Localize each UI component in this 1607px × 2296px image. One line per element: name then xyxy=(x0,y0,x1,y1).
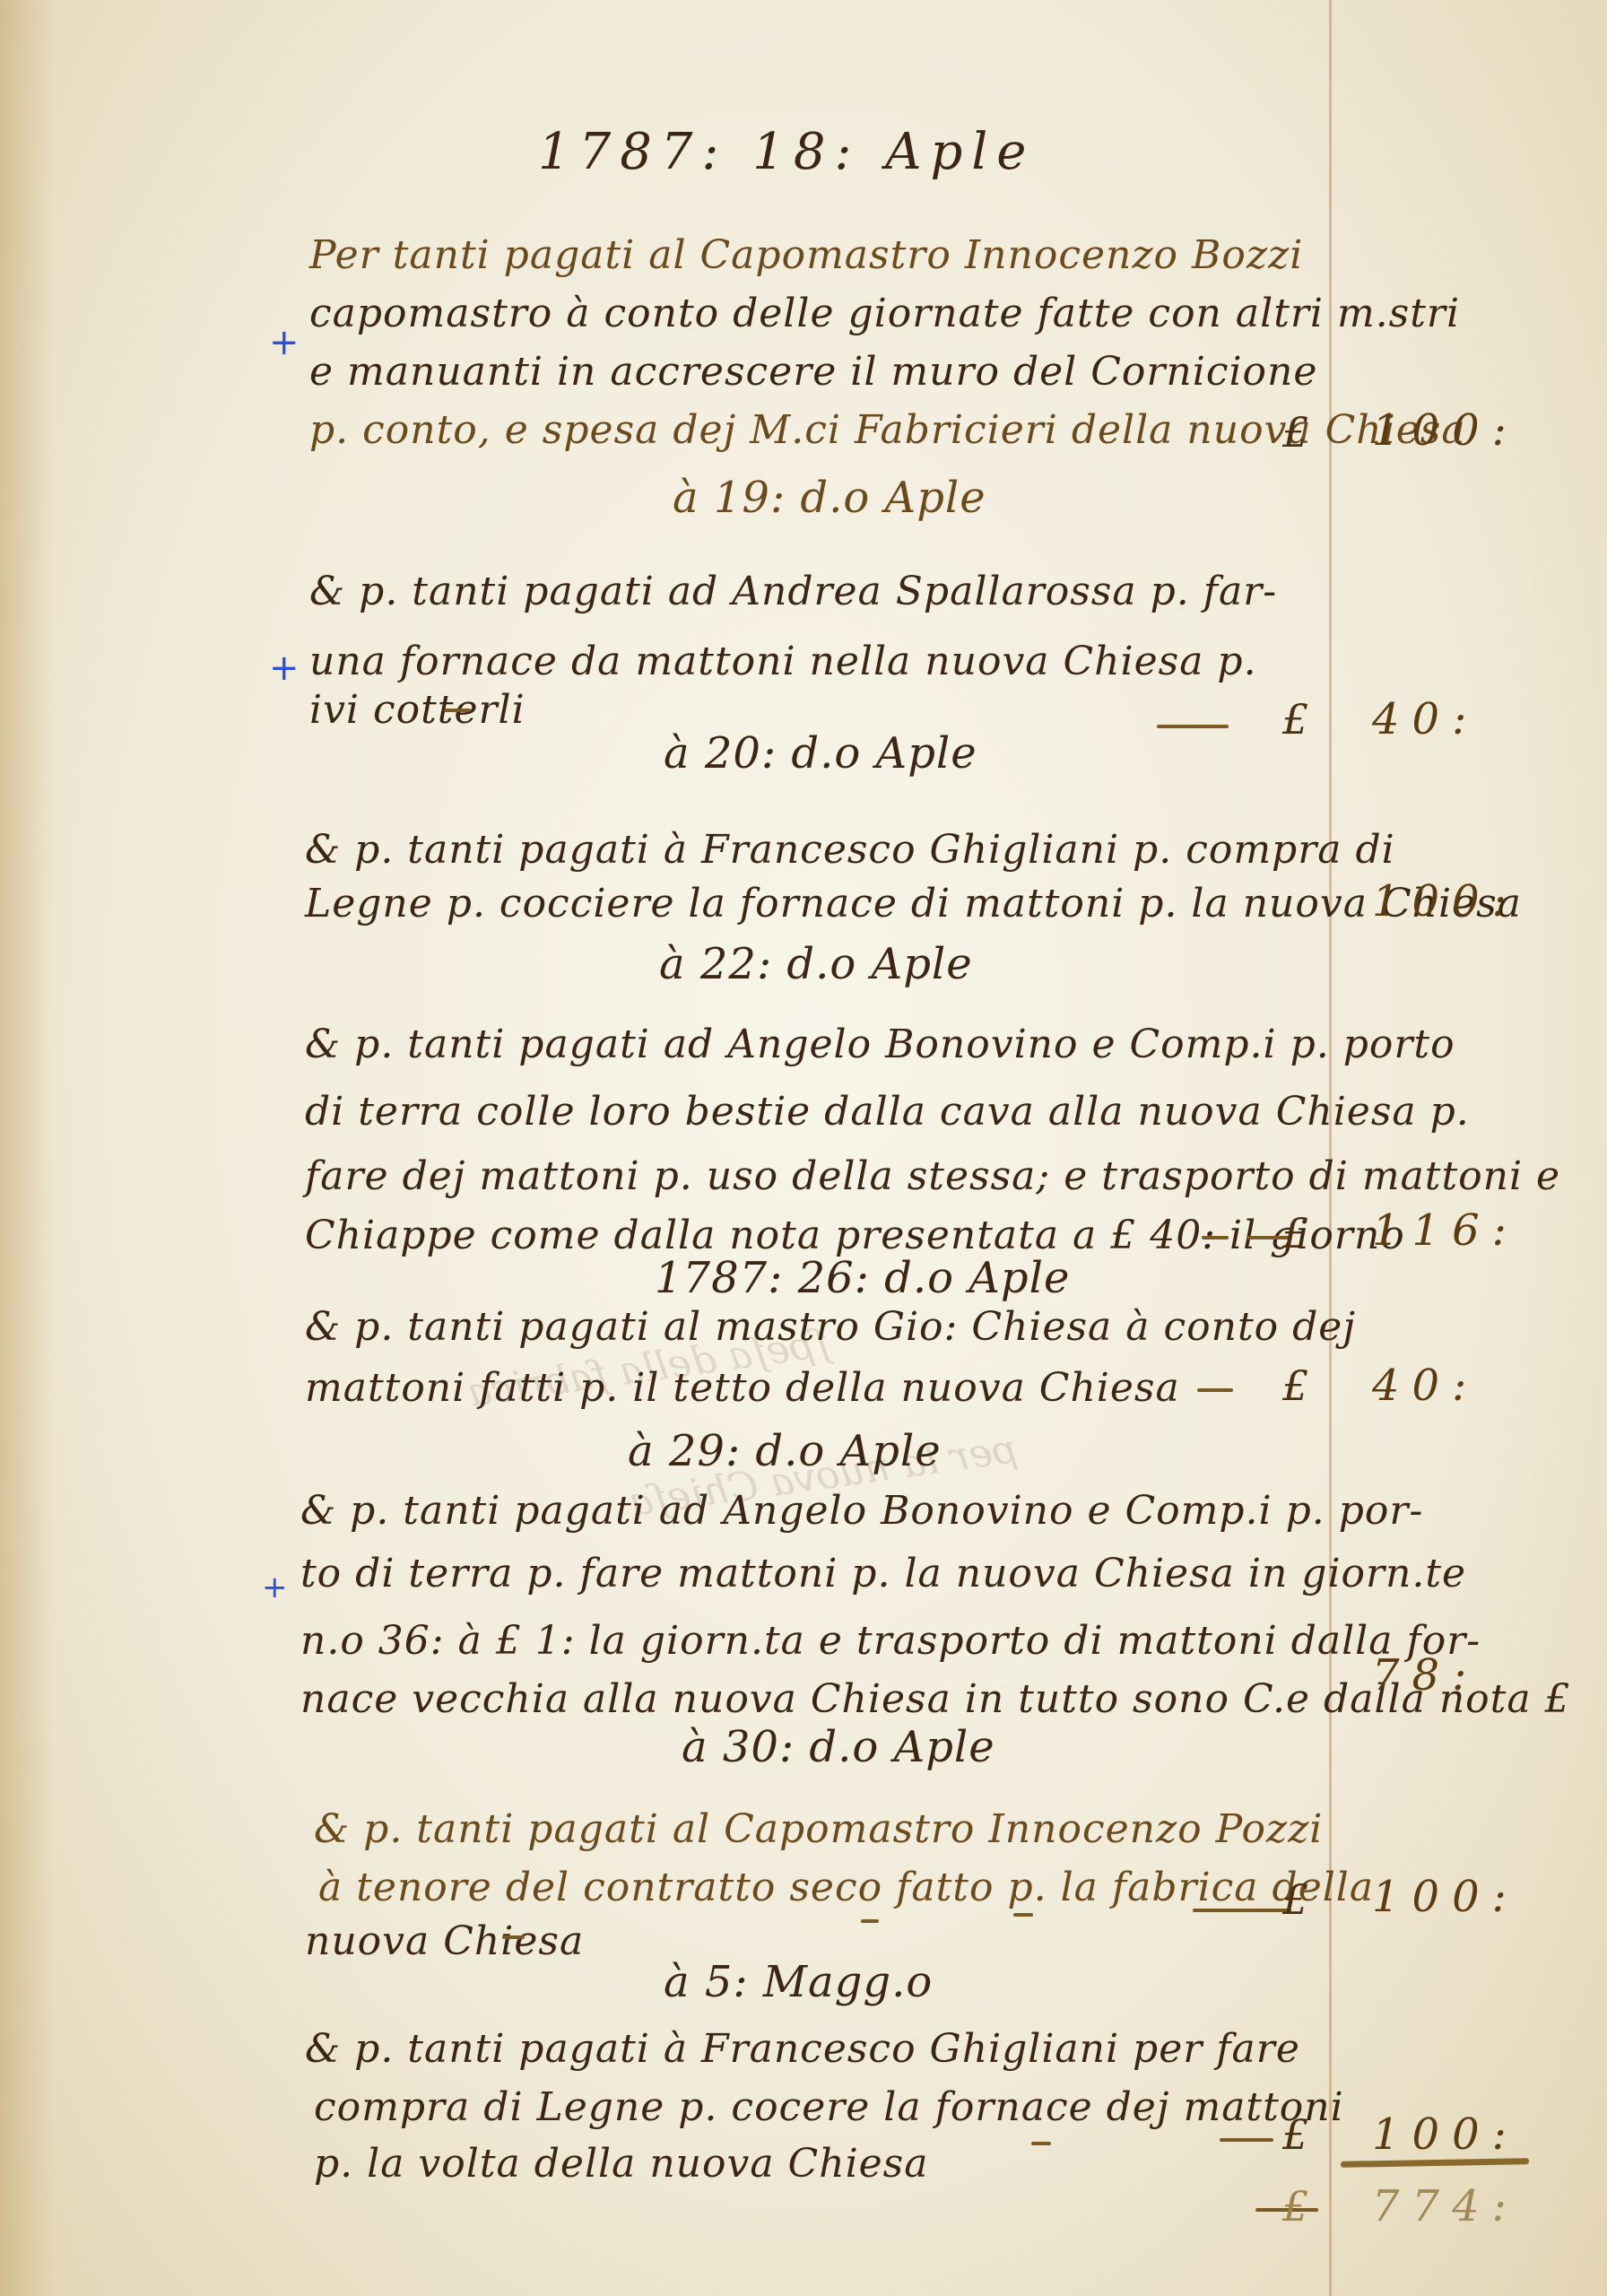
lira-symbol: £ xyxy=(1282,2179,1327,2233)
entry-line: capomastro à conto delle giornate fatte … xyxy=(309,287,1460,341)
entry-line: Legne p. cocciere la fornace di mattoni … xyxy=(305,877,1522,931)
lira-symbol: £ xyxy=(1282,2108,1327,2161)
entry-line: di terra colle loro bestie dalla cava al… xyxy=(305,1085,1470,1139)
amount-column-rule xyxy=(1329,0,1332,2296)
filler-dash xyxy=(1220,2138,1273,2142)
lira-symbol: £ xyxy=(1282,1873,1327,1926)
lira-symbol: £ xyxy=(1282,405,1327,459)
entry-line: fare dej mattoni p. uso della stessa; e … xyxy=(305,1150,1560,1204)
entry-line: n.o 36: à £ 1: la giorn.ta e trasporto d… xyxy=(300,1614,1481,1668)
entry-amount: 78: xyxy=(1372,1648,1551,1702)
entry-date: à 5: Magg.o xyxy=(664,1955,933,2009)
lira-symbol: £ xyxy=(1282,1359,1327,1413)
entry-date: à 30: d.o Aple xyxy=(682,1720,995,1774)
filler-dash xyxy=(1013,1913,1033,1917)
entry-line: una fornace da mattoni nella nuova Chies… xyxy=(309,635,1257,689)
filler-dash xyxy=(861,1919,879,1923)
lira-symbol: £ xyxy=(1282,1206,1327,1260)
entry-line: & p. tanti pagati al mastro Gio: Chiesa … xyxy=(305,1300,1356,1354)
entry-line: & p. tanti pagati ad Angelo Bonovino e C… xyxy=(300,1484,1423,1538)
entry-line: e manuanti in accrescere il muro del Cor… xyxy=(309,345,1317,399)
entry-amount: 40: xyxy=(1372,1359,1551,1413)
entry-date: 1787: 18: Aple xyxy=(538,126,1035,179)
entry-line: compra di Legne p. cocere la fornace dej… xyxy=(314,2081,1344,2135)
ledger-page: ​ſpeſa della fabrica ​per la nuova Chieſ… xyxy=(0,0,1607,2296)
filler-dash xyxy=(1031,2142,1051,2145)
entry-line: nuova Chiesa xyxy=(305,1915,584,1969)
entry-amount: 40: xyxy=(1372,692,1551,746)
margin-cross-mark: + xyxy=(269,650,300,686)
filler-dash xyxy=(1193,1909,1291,1912)
entry-amount: 100: xyxy=(1372,2108,1551,2161)
entry-date: à 29: d.o Aple xyxy=(628,1424,942,1478)
filler-dash xyxy=(502,1935,525,1939)
entry-line: ivi cotterli xyxy=(309,683,526,737)
entry-line: mattoni fatti p. il tetto della nuova Ch… xyxy=(305,1361,1180,1415)
entry-line: p. la volta della nuova Chiesa xyxy=(314,2137,929,2191)
entry-line: à tenore del contratto seco fatto p. la … xyxy=(318,1861,1374,1915)
filler-dash xyxy=(1197,1388,1233,1392)
entry-amount: 100: xyxy=(1372,1870,1551,1924)
entry-amount: 116: xyxy=(1372,1204,1551,1257)
entry-line: to di terra p. fare mattoni p. la nuova … xyxy=(300,1547,1466,1601)
filler-dash xyxy=(1202,1236,1229,1239)
entry-date: à 20: d.o Aple xyxy=(664,726,977,780)
entry-line: & p. tanti pagati ad Andrea Spallarossa … xyxy=(309,565,1277,619)
filler-dash xyxy=(444,709,471,712)
entry-date: à 22: d.o Aple xyxy=(659,937,973,991)
entry-amount: 100: xyxy=(1372,874,1551,928)
paper-edge-stain xyxy=(0,0,54,2296)
entry-line: & p. tanti pagati à Francesco Ghigliani … xyxy=(305,823,1395,877)
entry-date: 1787: 26: d.o Aple xyxy=(655,1251,1070,1305)
entry-line: & p. tanti pagati al Capomastro Innocenz… xyxy=(314,1803,1323,1857)
filler-dash xyxy=(1157,725,1229,728)
total-amount: 774: xyxy=(1372,2179,1551,2233)
entry-line: Per tanti pagati al Capomastro Innocenzo… xyxy=(309,229,1303,283)
entry-line: & p. tanti pagati à Francesco Ghigliani … xyxy=(305,2022,1300,2076)
entry-amount: 100: xyxy=(1372,404,1551,457)
entry-date: à 19: d.o Aple xyxy=(673,471,986,525)
margin-cross-mark: + xyxy=(269,325,300,361)
margin-cross-mark: + xyxy=(262,1570,288,1605)
total-underline xyxy=(1341,2158,1529,2168)
entry-line: & p. tanti pagati ad Angelo Bonovino e C… xyxy=(305,1018,1455,1072)
lira-symbol: £ xyxy=(1282,692,1327,746)
